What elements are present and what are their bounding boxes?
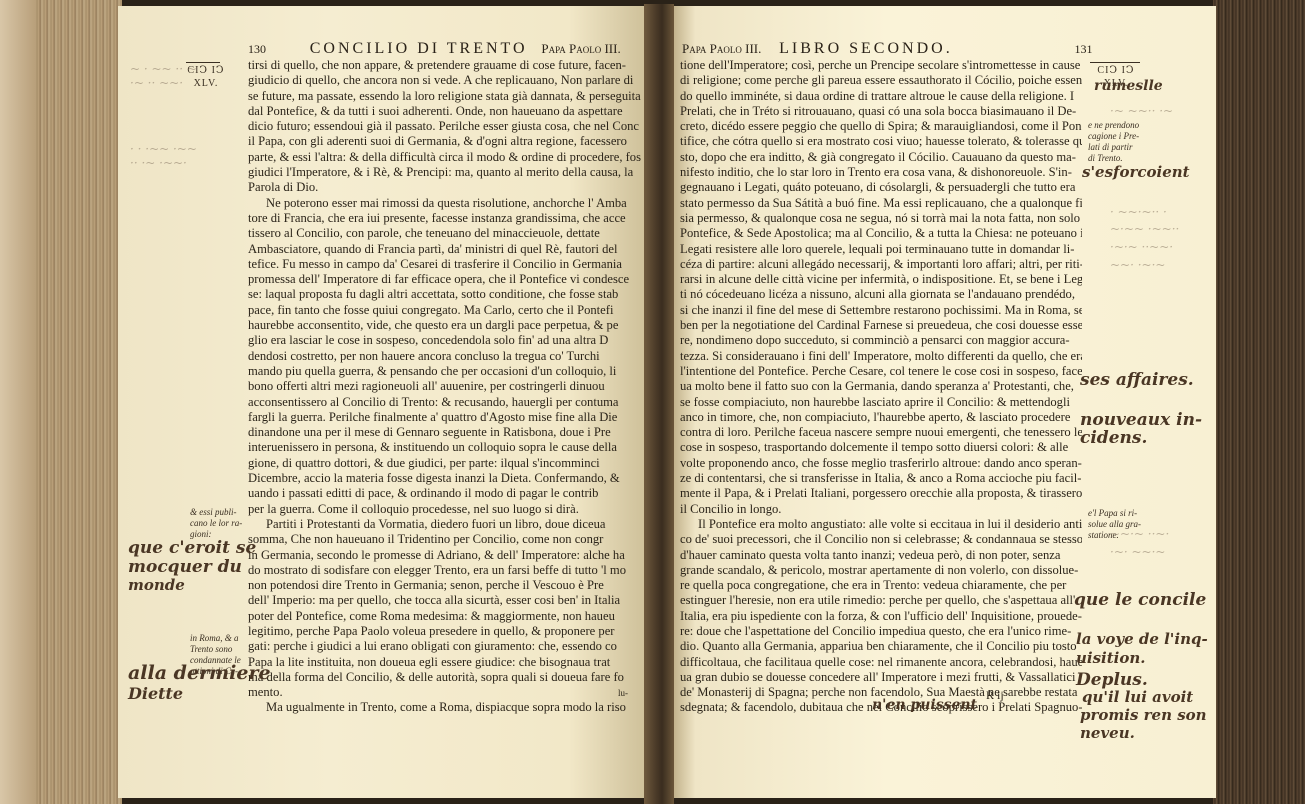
text-line: difficoltaua, che facilitaua quelle cose…	[680, 655, 1082, 670]
signature-mark: R ij	[986, 688, 1004, 703]
text-line: dicio futuro; essendoui già il passato. …	[248, 119, 644, 134]
faded-note: ·~·~ ··~~·	[1110, 240, 1173, 254]
text-line: ti nó cócedeuano licéza a nissuno, alcun…	[680, 287, 1082, 302]
right-year-rule	[1090, 62, 1140, 63]
left-running-title: CONCILIO DI TRENTO	[310, 40, 528, 57]
text-line: mente il Papa, & i Prelati Italiani, por…	[680, 486, 1082, 501]
book-gutter	[644, 4, 674, 804]
catchword: lu-	[618, 688, 628, 698]
text-line: contra di loro. Perilche faceua nascere …	[680, 425, 1082, 440]
text-line: sia permesso, & qualonque cosa ne segua,…	[680, 211, 1082, 226]
text-line: re: doue che l'aspettatione del Concilio…	[680, 624, 1082, 639]
text-line: Partiti i Protestanti da Vormatia, diede…	[248, 517, 644, 532]
handwritten-note: que c'eroit se	[128, 538, 256, 558]
text-line: gegnauano i Legati, quáto poteuano, di c…	[680, 180, 1082, 195]
open-book: 130 CONCILIO DI TRENTO Papa Paolo III. P…	[0, 0, 1305, 804]
text-line: re quella poca congregatione, che era in…	[680, 578, 1082, 593]
gloss-line: cagione i Pre-	[1088, 131, 1139, 142]
right-page-number: 131	[1074, 42, 1092, 56]
text-line: ben per la negotiatione del Cardinal Far…	[680, 318, 1082, 333]
text-line: ma della forma del Concilio, & delle aut…	[248, 670, 644, 685]
handwritten-note: alla dermiere	[128, 662, 271, 684]
text-line: per la guerra. Come il colloquio procede…	[248, 502, 644, 517]
handwritten-note: Deplus.	[1076, 670, 1148, 690]
handwritten-note: n'en puissent	[872, 697, 977, 713]
right-body-text: tione dell'Imperatore; così, perche un P…	[680, 58, 1082, 716]
text-line: rarsi in alcune delle città vicine per i…	[680, 272, 1082, 287]
text-line: Legati resistere alle loro querele, lequ…	[680, 242, 1082, 257]
handwritten-note: la voye de l'inq-	[1076, 630, 1208, 648]
faded-note: ~·~~ ·~~··	[1110, 222, 1179, 236]
text-line: do mostrato di sodisfare con elegger Tre…	[248, 563, 644, 578]
faded-note: ~ · ~~ ·· ~	[130, 62, 197, 76]
text-line: di religione; come perche gli pareua ess…	[680, 73, 1082, 88]
text-line: legitimo, perche Papa Paolo voleua prese…	[248, 624, 644, 639]
text-line: ze di contentarsi, che si transferisse i…	[680, 471, 1082, 486]
text-line: in Germania, secondo le promesse di Adri…	[248, 548, 644, 563]
faded-note: ·~ ~~·· ·~	[1110, 104, 1173, 118]
text-line: mento.	[248, 685, 644, 700]
handwritten-note: ses affaires.	[1080, 370, 1194, 390]
handwritten-note: que le concile	[1074, 590, 1206, 610]
text-line: dendosi costretto, per non hauere ancora…	[248, 349, 644, 364]
right-page-header: Papa Paolo III. LIBRO SECONDO. 131	[682, 40, 1092, 58]
text-line: mando piu quella guerra, & pensando che …	[248, 364, 644, 379]
text-line: promessa dell' Imperatore di far efficac…	[248, 272, 644, 287]
text-line: tore di Francia, che era iui presente, f…	[248, 211, 644, 226]
text-line: haurebbe acconsentito, vide, che questo …	[248, 318, 644, 333]
text-line: interuenissero in persona, & instituendo…	[248, 440, 644, 455]
text-line: tefice. Fu messo in campo da' Cesarei di…	[248, 257, 644, 272]
faded-note: ~~· ·~·~	[1110, 258, 1165, 272]
text-line: stato permesso da Sua Sátità a buó fine.…	[680, 196, 1082, 211]
text-line: acconsentissero al Concilio di Trento: &…	[248, 395, 644, 410]
handwritten-note: rumeslle	[1094, 78, 1163, 94]
text-line: si che inanzi il fine del mese di Settem…	[680, 303, 1082, 318]
gloss-line: cano le lor ra-	[190, 518, 242, 529]
text-line: creto, dicédo essere peggio che quello d…	[680, 119, 1082, 134]
handwritten-note: neveu.	[1080, 724, 1135, 742]
text-line: tissero al Concilio, con parole, che ten…	[248, 226, 644, 241]
text-line: dio. Quanto alla Germania, appariua ben …	[680, 639, 1082, 654]
faded-note: ~~·~ ··~·	[1110, 527, 1169, 541]
text-line: glio era lasciar le cose in sospeso, con…	[248, 333, 644, 348]
faded-note: ·~ ·· ~~·	[130, 76, 183, 90]
left-body-text: tirsi di quello, che non appare, & prete…	[248, 58, 644, 716]
text-line: volte proponendo anco, che fosse meglio …	[680, 456, 1082, 471]
text-line: sto, dopo che era inditto, & già congreg…	[680, 150, 1082, 165]
text-line: re, nondimeno dopo succeduto, si comminc…	[680, 333, 1082, 348]
text-line: estinguer l'heresie, non era utile rimed…	[680, 593, 1082, 608]
text-line: co de' suoi precessori, che il Concilio …	[680, 532, 1082, 547]
book-left-edge	[0, 0, 122, 804]
faded-note: · · ·~~ ·~~	[130, 142, 197, 156]
text-line: ua molto bene il fatto suo con la German…	[680, 379, 1082, 394]
text-line: dal Pontefice, & da tutti i suoi adheren…	[248, 104, 644, 119]
text-line: nifesto inditio, che lo star loro in Tre…	[680, 165, 1082, 180]
text-line: se fosse compiaciuto, non haurebbe lasci…	[680, 395, 1082, 410]
text-line: Italia, era piu ispediente con la forza,…	[680, 609, 1082, 624]
right-running-pope: Papa Paolo III.	[682, 41, 761, 56]
faded-note: ·~· ~~·~	[1110, 545, 1165, 559]
printed-gloss: e ne prendonocagione i Pre-lati di parti…	[1088, 120, 1139, 164]
text-line: Papa la lite instituita, non doueua egli…	[248, 655, 644, 670]
handwritten-note: nouveaux in-	[1080, 410, 1202, 430]
left-page-number: 130	[248, 42, 266, 56]
handwritten-note: cidens.	[1080, 428, 1147, 448]
text-line: tirsi di quello, che non appare, & prete…	[248, 58, 644, 73]
text-line: dell' Imperio: ma per quello, che tocca …	[248, 593, 644, 608]
text-line: anco in timore, che, non compiaciuto, l'…	[680, 410, 1082, 425]
text-line: céza di partire: alcuni allegádo necessa…	[680, 257, 1082, 272]
left-running-pope: Papa Paolo III.	[541, 41, 620, 56]
text-line: il Papa, con gli aderenti suoi di German…	[248, 134, 644, 149]
text-line: se: laqual proposta fu dagli altri accet…	[248, 287, 644, 302]
text-line: pace, fin tanto che fosse quiui congrega…	[248, 303, 644, 318]
handwritten-note: mocquer du	[128, 557, 242, 577]
text-line: Ambasciatore, quando di Francia partì, d…	[248, 242, 644, 257]
year-line: CIↃ IↃ	[1094, 64, 1138, 77]
gloss-line: e'l Papa si ri-	[1088, 508, 1141, 519]
handwritten-note: s'esforcoient	[1082, 163, 1190, 181]
text-line: giudici l'Imperatore, & i Rè, & Prencipi…	[248, 165, 644, 180]
handwritten-note: monde	[128, 576, 185, 594]
faded-note: ·· ·~ ·~~·	[130, 156, 187, 170]
text-line: l'intentione del Pontefice. Perche Cesar…	[680, 364, 1082, 379]
text-line: ua gran dubio se douesse concedere all' …	[680, 670, 1082, 685]
year-line: XLV.	[184, 77, 228, 90]
text-line: dinandone una per il mese di Gennaro seg…	[248, 425, 644, 440]
text-line: Pontefice, & Sede Apostolica; ma al Conc…	[680, 226, 1082, 241]
gloss-line: Trento sono	[190, 644, 241, 655]
handwritten-note: qu'il lui avoit	[1082, 688, 1193, 706]
text-line: cose in sospeso, trasportando dolcemente…	[680, 440, 1082, 455]
handwritten-note: Diette	[128, 684, 183, 703]
text-line: uando i passati editti di pace, & ordina…	[248, 486, 644, 501]
text-line: fargli la guerra. Perilche finalmente a'…	[248, 410, 644, 425]
text-line: grande scandalo, & pericolo, mostrar ape…	[680, 563, 1082, 578]
handwritten-note: promis ren son	[1080, 706, 1207, 724]
text-line: Ne poterono esser mai rimossi da questa …	[248, 196, 644, 211]
text-line: poter del Pontefice, come Roma medesima:…	[248, 609, 644, 624]
gloss-line: in Roma, & a	[190, 633, 241, 644]
text-line: d'hauer caminato questa volta tanto inan…	[680, 548, 1082, 563]
text-line: gione, di quattro dottori, & due giudici…	[248, 456, 644, 471]
text-line: Prelati, che in Tréto si ritrouauano, qu…	[680, 104, 1082, 119]
text-line: bono offerti altri mezi ragioneuoli all'…	[248, 379, 644, 394]
right-running-title: LIBRO SECONDO.	[779, 40, 953, 57]
handwritten-note: uisition.	[1076, 649, 1146, 667]
faded-note: · ~~·~·· ·	[1110, 205, 1167, 219]
gloss-line: lati di partir	[1088, 142, 1139, 153]
text-line: Dicembre, accio la materia fosse digesta…	[248, 471, 644, 486]
text-line: il Concilio in longo.	[680, 502, 1082, 517]
text-line: parte, & essi l'altra: & della difficult…	[248, 150, 644, 165]
text-line: tifice, che cótra quello si era mostrato…	[680, 134, 1082, 149]
left-page-header: 130 CONCILIO DI TRENTO Papa Paolo III.	[248, 40, 621, 58]
text-line: se future, ma passate, essendo la loro r…	[248, 89, 644, 104]
gloss-line: e ne prendono	[1088, 120, 1139, 131]
gloss-line: & essi publi-	[190, 507, 242, 518]
book-cover	[0, 0, 36, 804]
text-line: do quello imminéte, si daua ordine di tr…	[680, 89, 1082, 104]
book-right-edge	[1213, 0, 1305, 804]
text-line: tezza. Si considerauano i fini dell' Imp…	[680, 349, 1082, 364]
text-line: Il Pontefice era molto angustiato: alle …	[680, 517, 1082, 532]
text-line: tione dell'Imperatore; così, perche un P…	[680, 58, 1082, 73]
text-line: non potendosi dire Trento in Germania; s…	[248, 578, 644, 593]
text-line: gati: perche i giudici a lui erano oblig…	[248, 639, 644, 654]
text-line: somma, Che non haueuano il Tridentino pe…	[248, 532, 644, 547]
text-line: Parola di Dio.	[248, 180, 644, 195]
printed-gloss: & essi publi-cano le lor ra-gioni:	[190, 507, 242, 540]
text-line: giudicio di quello, che ancora non si ve…	[248, 73, 644, 88]
text-line: Ma ugualmente in Trento, come a Roma, di…	[248, 700, 644, 715]
